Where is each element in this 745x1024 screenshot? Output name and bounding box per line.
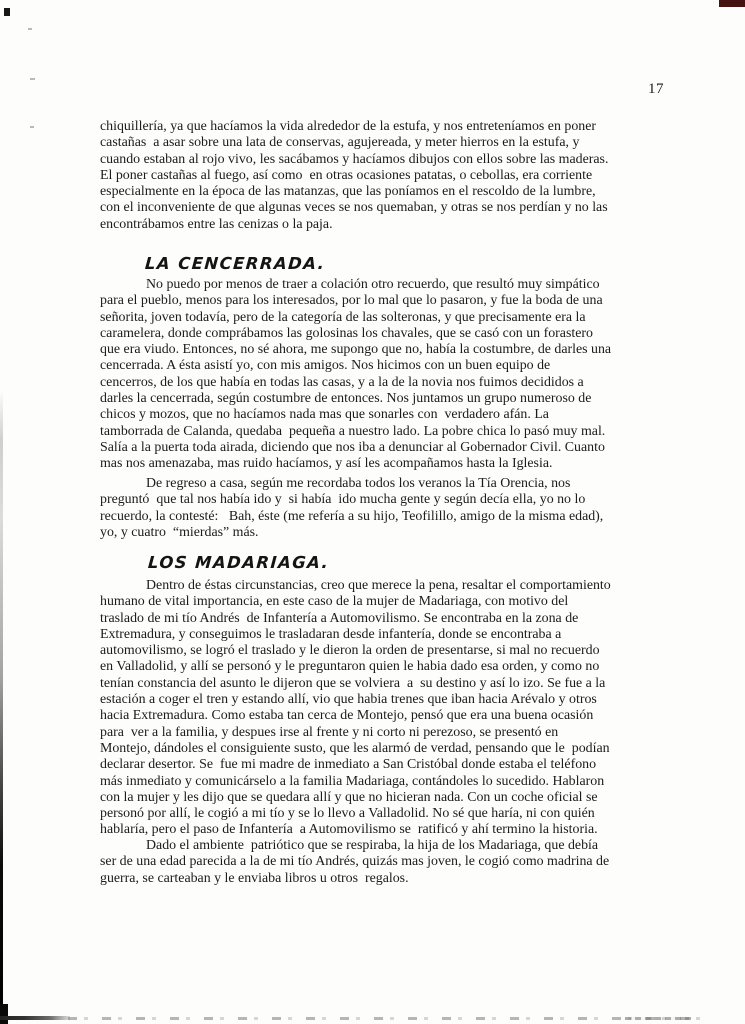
paragraph-madariaga-1: Dentro de éstas circunstancias, creo que… (100, 578, 660, 839)
scan-ink-blob (4, 8, 10, 16)
scan-ink-blob (0, 1004, 8, 1024)
paragraph-intro: chiquillería, ya que hacíamos la vida al… (100, 119, 660, 233)
scan-bottom-smudge (0, 1016, 70, 1020)
scan-speck (30, 126, 34, 128)
scan-bottom-smudge (0, 1017, 712, 1020)
paragraph-madariaga-2: Dado el ambiente patriótico que se respi… (100, 838, 660, 887)
scanned-document-page: 17 chiquillería, ya que hacíamos la vida… (0, 0, 745, 1024)
paragraph-cencerrada-1: No puedo por menos de traer a colación o… (100, 277, 660, 473)
scan-bottom-smudge (625, 1017, 691, 1020)
scan-speck (28, 28, 32, 30)
section-heading-la-cencerrada: LA CENCERRADA. (144, 254, 326, 273)
scan-corner-mark (719, 0, 745, 7)
scan-speck (30, 78, 35, 80)
section-heading-los-madariaga: LOS MADARIAGA. (147, 553, 330, 572)
paragraph-cencerrada-2: De regreso a casa, según me recordaba to… (100, 476, 660, 541)
page-number: 17 (648, 81, 664, 98)
scan-edge-shadow (0, 390, 3, 1024)
